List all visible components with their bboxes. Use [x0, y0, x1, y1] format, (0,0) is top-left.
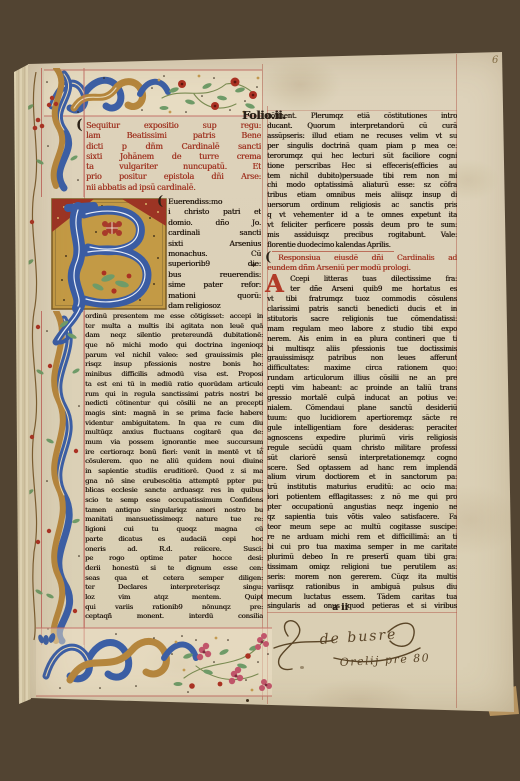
text-line: qz sapientia tuis võtis valeo satisfacer… — [267, 513, 457, 523]
text-line: teor meum sepe ac multū cogitasse suscip… — [267, 523, 457, 533]
text-line: pe rogo optime pater hocce desi: — [85, 554, 263, 564]
text-line: pter occupationū angustias neqz ingenio … — [267, 503, 457, 513]
text-line: ire certioraqz bonū fieri: venit in ment… — [85, 448, 263, 458]
ink-speck — [246, 699, 249, 702]
border-bottom-band — [36, 626, 272, 698]
text-line: florentie duodecimo kalendas Aprilis. — [267, 241, 457, 251]
text-line: domio. dño Jo. — [168, 218, 261, 228]
text-line: minibus difficilis admodū visa est. Prop… — [85, 370, 263, 380]
text-line: bi multisqz aliis pfessionis tue doctiss… — [267, 345, 457, 355]
text-line: Sequitur expositio sup regu: — [86, 121, 261, 131]
text-line: singularis ad onus quod petieras et si v… — [267, 602, 457, 612]
text-line: ter dñe Arseni quib9 me hortatus es — [290, 285, 457, 295]
text-line: Euerendiss:mo — [168, 197, 261, 207]
text-line: mis assiduisqz precibus rogitabunt. Vale… — [267, 231, 457, 241]
text-line: ceptaqñ monent. interdū consilia — [85, 612, 263, 622]
text-line: regule secūdū quam christo militare prof… — [267, 444, 457, 454]
right-column-response-text: vt tibi fratrumqz tuoz commodis cōsulens… — [267, 295, 457, 613]
text-line: in sapientie studiis eruditiorē. Quod z … — [85, 467, 263, 477]
text-line: vt feliciter perficere possis deum pro t… — [267, 221, 457, 231]
text-line: magis sint: magnā in se prima facie habe… — [85, 409, 263, 419]
text-line: bi cui pro tua maxima semper in me carit… — [267, 543, 457, 553]
text-line: superiorib9 die: — [168, 259, 261, 269]
text-line: agnoscens expedire plurimū viris religio… — [267, 434, 457, 444]
text-line: cōsulerem. quo ne aliū quidem noui diuin… — [85, 457, 263, 467]
paragraph-mark: ( — [157, 194, 163, 209]
text-line: seris: morem non gererem. Cūqz ita multi… — [267, 573, 457, 583]
text-line: grauissimisqz patribus non leues afferun… — [267, 354, 457, 364]
ruling-line — [267, 110, 457, 111]
border-left-band-lower — [40, 311, 86, 645]
paragraph-mark: ( — [76, 117, 83, 133]
text-line: ta est eni tū in mediū ratio quorūdam ar… — [85, 380, 263, 390]
right-column-paragraph-1: cōtinent. Plerumqz etiā cōstitutiones in… — [267, 112, 457, 251]
text-line: prio positur epistola dñi Arse: — [86, 172, 261, 182]
text-line: Responsiua eiusdē dñi Cardinalis ad — [267, 253, 457, 263]
text-line: scere. Sed optassem ad hanc rem implendā — [267, 464, 457, 474]
inscription-line-2: Orelij pre 80 — [339, 651, 430, 669]
text-line: ordinū presentem me esse cōtigisset: acc… — [85, 312, 263, 322]
text-line: dicti p dñm Cardinalē sancti — [86, 142, 261, 152]
text-line: gressio mortalē culpā inducat an potius … — [267, 394, 457, 404]
text-line: cardinali sancti — [168, 228, 261, 238]
text-line: ter Declares interpreterisqz singu: — [85, 583, 263, 593]
text-line: sixti Arsenius — [168, 239, 261, 249]
text-line: dam neqz silentio pretereundā dubitation… — [85, 331, 263, 341]
text-line: per singulis doctrinā quam piam p mea ce… — [267, 142, 457, 152]
text-line: seas qua et cetera semper diligen: — [85, 574, 263, 584]
rubricator-underline — [272, 251, 394, 252]
text-line: scio te semp esse occupatissimum Confide… — [85, 496, 263, 506]
text-line: gna nō sine erubescētia attemptē ppter p… — [85, 477, 263, 487]
text-line: terorumqz qui hec lecturi sūt faciliore … — [267, 152, 457, 162]
text-line: iori potientem efflagitasses: z nō me qu… — [267, 493, 457, 503]
text-line: sūt clariorē sensū interpretationemqz co… — [267, 454, 457, 464]
manuscript-page: Folio.ii. 6 ( ( ( ✱ + Sequitur expositio… — [0, 0, 520, 781]
text-line: rum qui in regula sanctissimi patris nos… — [85, 390, 263, 400]
stain-spot — [300, 666, 304, 669]
text-line: cōtinent. Plerumqz etiā cōstitutiones in… — [267, 112, 457, 122]
text-line: rundam articulorum illius cōsilii ne an … — [267, 374, 457, 384]
text-line: bus reuerendis: — [168, 270, 261, 280]
text-line: manitati mansuetissimeqz nature tue re: — [85, 515, 263, 525]
text-line: ta vulgariter nuncupatū. Et — [86, 162, 261, 172]
text-line: nerem. Ais enim in ea plura contineri qu… — [267, 335, 457, 345]
text-line: tione perscribas Hec si effeceris(effici… — [267, 162, 457, 172]
drop-cap-A: A — [265, 272, 289, 296]
text-line: nedicti cōtinentur qui cōsilii ne an pre… — [85, 399, 263, 409]
text-line: assūpseris: illud etiam ne recuses velim… — [267, 132, 457, 142]
text-line: ter multa a multis ibi agitata non leuē … — [85, 322, 263, 332]
text-line: mationi quorū: — [168, 291, 261, 301]
text-line: tamen antiquo singulariqz amori nostro b… — [85, 506, 263, 516]
text-line: mecum luctatus essem. Tādem caritas tua — [267, 593, 457, 603]
text-line: plurimū debeo In re presertī quam tibi g… — [267, 553, 457, 563]
text-line: derii honestū si te dignum esse cen: — [85, 564, 263, 574]
text-line: ligioni cui tu quoqz magna cū — [85, 525, 263, 535]
text-line: que nō michi modo qui doctrina ingenioqz — [85, 341, 263, 351]
right-column-response-indented: Ccepi litteras tuas dilectissime fra:ter… — [290, 275, 457, 295]
text-line: tem nichil dubito)persuade tibi rem non … — [267, 172, 457, 182]
text-line: parum vel nichil valeo: sed grauissimis … — [85, 351, 263, 361]
text-line: multūqz anxius fluctuans cogitarē qua de… — [85, 428, 263, 438]
text-line: loz vim atqz mentem. Quipt — [85, 593, 263, 603]
text-line: mam regulam meo labore z studio tibi exp… — [267, 325, 457, 335]
text-line: sixti Johānem de turre crema — [86, 152, 261, 162]
text-line: i christo patri et — [168, 207, 261, 217]
text-line: chi modo optatissimā aliaturū esse: sz c… — [267, 181, 457, 191]
text-line: mum via possem ignorantie mee succursum — [85, 438, 263, 448]
inscription-line-1: de busre — [319, 627, 398, 648]
text-line: variisqz rationibus in ambiguā pulsus di… — [267, 583, 457, 593]
text-line: risqz insup pfessionis nostre bonis ho: — [85, 360, 263, 370]
text-line: monachus. Cū — [168, 249, 261, 259]
text-line: lam Beatissimi patris Bene — [86, 131, 261, 141]
text-line: ducant. Quorum interpretandorū cū curā — [267, 122, 457, 132]
left-column-rubric: Sequitur expositio sup regu:lam Beatissi… — [86, 121, 261, 193]
text-line: uersorum ordinum religiosis ac sanctis p… — [267, 201, 457, 211]
text-line: difficultates: maxime circa rationem quo… — [267, 364, 457, 374]
text-line: parte dicatus es audaciā cepi hoc — [85, 535, 263, 545]
text-line: Ccepi litteras tuas dilectissime fra: — [290, 275, 457, 285]
text-line: trū institutis maturius eruditū: ac ocio… — [267, 483, 457, 493]
text-line: re ne arduam michi rem et difficillimā: … — [267, 533, 457, 543]
text-line: cepti vim habeant: ac proinde an taliū t… — [267, 384, 457, 394]
text-line: vt tibi fratrumqz tuoz commodis cōsulens — [267, 295, 457, 305]
text-line: nialem. Cōmendaui plane sanctū desideriū — [267, 404, 457, 414]
photograph-of-manuscript: Folio.ii. 6 ( ( ( ✱ + Sequitur expositio… — [0, 0, 520, 781]
right-column-rubric: Responsiua eiusdē dñi Cardinalis adeunde… — [267, 253, 457, 273]
text-line: blicas ecclesie sancte arduasqz res in q… — [85, 486, 263, 496]
text-line: oneris ad. R.d. reiicere. Susci: — [85, 545, 263, 555]
text-line: stitutoris sacre religionis tue cōmendat… — [267, 315, 457, 325]
text-line: videntur ambiguitatem. In qua re cum diu — [85, 419, 263, 429]
left-column-text: ordinū presentem me esse cōtigisset: acc… — [85, 312, 263, 622]
text-line: sime pater refor: — [168, 280, 261, 290]
text-line: dam religiosoz — [168, 301, 261, 311]
text-line: tissimam omiqz religioni tue perutilem a… — [267, 563, 457, 573]
text-line: q vt vehementer id a te omnes expetunt i… — [267, 211, 457, 221]
text-line: clarissimi patris sancti benedicti ducis… — [267, 305, 457, 315]
text-line: nii abbatis ad ipsū cardinalē. — [86, 183, 261, 193]
text-line: alium virum doctiorem et in sanctorum pa… — [267, 473, 457, 483]
text-line: tuum: quo lucidiorem apertioremqz sācte … — [267, 414, 457, 424]
text-line: gule intelligentiam fore desideras: pera… — [267, 424, 457, 434]
text-line: tribus etiam omnibus meis aliisqz insup … — [267, 191, 457, 201]
text-line: eundem dñm Arseniū per modū prologi. — [267, 263, 457, 273]
handwritten-inscription: de busre Orelij pre 80 — [268, 612, 448, 684]
text-line: qui variis rationib9 nōnunqz pre: — [85, 603, 263, 613]
left-column-text-beside-initial: Euerendiss:moi christo patri etdomio. dñ… — [168, 197, 261, 311]
handwritten-foliation-number: 6 — [492, 55, 498, 66]
